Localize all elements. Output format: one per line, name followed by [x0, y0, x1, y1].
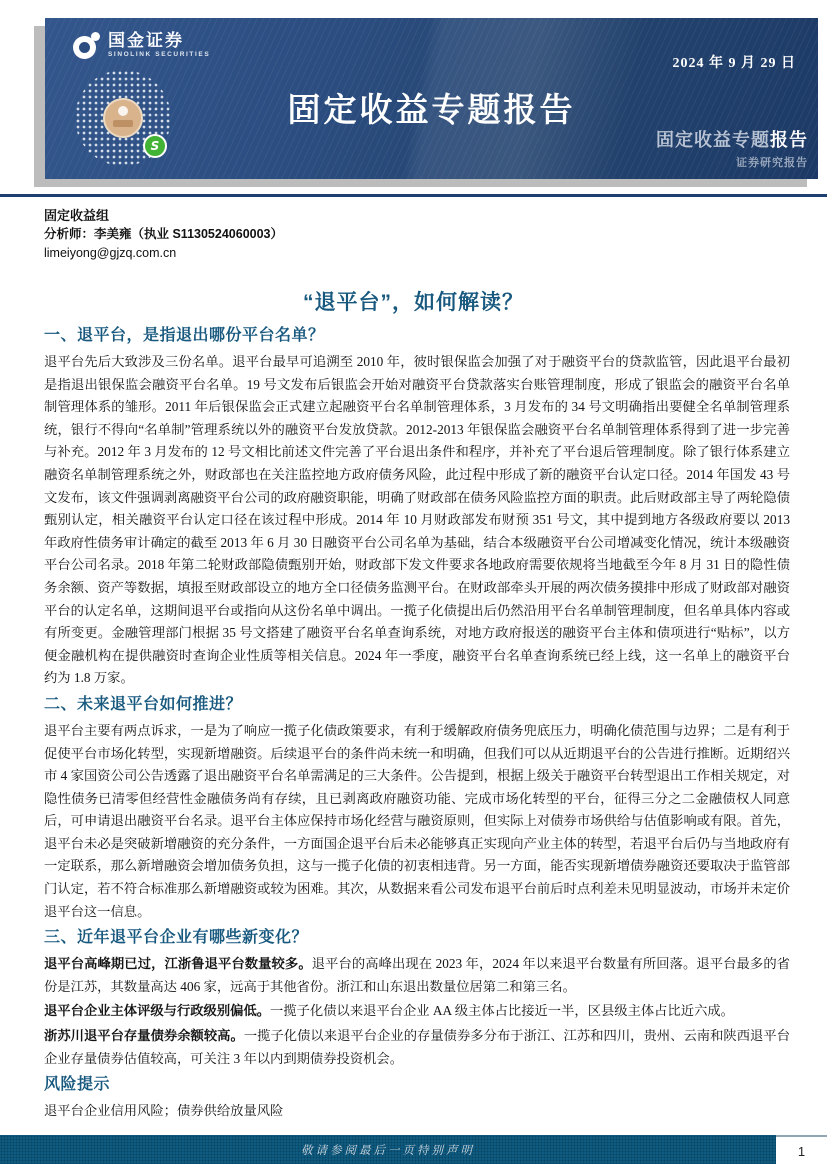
paragraph-lead: 退平台企业主体评级与行政级别偏低。: [44, 1003, 270, 1018]
analyst-name-line: 分析师：李美雍（执业 S1130524060003）: [44, 225, 283, 244]
section-3-paragraph-2: 退平台企业主体评级与行政级别偏低。一揽子化债以来退平台企业 AA 级主体占比接近…: [44, 1000, 790, 1023]
section-3-paragraph-1: 退平台高峰期已过，江浙鲁退平台数量较多。退平台的高峰出现在 2023 年，202…: [44, 953, 790, 998]
analyst-team: 固定收益组: [44, 206, 283, 225]
footer-bar: 敬请参阅最后一页特别声明: [0, 1135, 776, 1164]
paragraph-lead: 浙苏川退平台存量债券余额较高。: [44, 1028, 244, 1043]
logo-dot: [91, 32, 100, 41]
report-type-light: 固定收益专题: [656, 130, 770, 150]
risk-text: 退平台企业信用风险；债券供给放量风险: [44, 1100, 790, 1123]
qr-center-badge: [103, 98, 143, 138]
report-date: 2024 年 9 月 29 日: [673, 52, 797, 72]
section-1-heading: 一、退平台，是指退出哪份平台名单？: [44, 326, 790, 346]
page-number: 1: [776, 1135, 827, 1166]
brand-name-cn: 国金证券: [108, 32, 210, 50]
header-banner: 国金证券 SINOLINK SECURITIES 2024 年 9 月 29 日…: [45, 18, 818, 179]
paragraph-text: 退平台主要有两点诉求，一是为了响应一揽子化债政策要求，有利于缓解政府债务兜底压力…: [44, 723, 790, 919]
header-divider: [0, 194, 827, 197]
paragraph-lead: 退平台高峰期已过，江浙鲁退平台数量较多。: [44, 956, 312, 971]
brand-logo: 国金证券 SINOLINK SECURITIES: [73, 32, 210, 59]
section-3-heading: 三、近年退平台企业有哪些新变化？: [44, 928, 790, 948]
risk-heading: 风险提示: [44, 1075, 790, 1095]
section-1-paragraph: 退平台先后大致涉及三份名单。退平台最早可追溯至 2010 年，彼时银保监会加强了…: [44, 351, 790, 690]
analyst-email: limeiyong@gjzq.com.cn: [44, 244, 283, 263]
section-3-paragraph-3: 浙苏川退平台存量债券余额较高。一揽子化债以来退平台企业的存量债券多分布于浙江、江…: [44, 1025, 790, 1070]
report-type-strong: 报告: [770, 130, 808, 150]
report-body: 一、退平台，是指退出哪份平台名单？ 退平台先后大致涉及三份名单。退平台最早可追溯…: [44, 326, 790, 1125]
qr-code: S: [75, 70, 171, 166]
document-title: “退平台”，如何解读？: [0, 286, 827, 316]
report-type-label: 固定收益专题报告: [656, 126, 808, 152]
footer-disclaimer: 敬请参阅最后一页特别声明: [301, 1142, 475, 1158]
sinolink-logo-icon: [73, 32, 100, 59]
report-category: 证券研究报告: [736, 154, 808, 170]
section-2-paragraph: 退平台主要有两点诉求，一是为了响应一揽子化债政策要求，有利于缓解政府债务兜底压力…: [44, 720, 790, 923]
section-2-heading: 二、未来退平台如何推进？: [44, 695, 790, 715]
paragraph-text: 退平台先后大致涉及三份名单。退平台最早可追溯至 2010 年，彼时银保监会加强了…: [44, 354, 790, 685]
brand-name-en: SINOLINK SECURITIES: [108, 52, 210, 59]
wechat-channels-icon: S: [143, 134, 167, 158]
paragraph-text: 一揽子化债以来退平台企业 AA 级主体占比接近一半，区县级主体占比近六成。: [270, 1003, 734, 1018]
analyst-block: 固定收益组 分析师：李美雍（执业 S1130524060003） limeiyo…: [44, 206, 283, 263]
report-page: 国金证券 SINOLINK SECURITIES 2024 年 9 月 29 日…: [0, 0, 827, 1169]
brand-name: 国金证券 SINOLINK SECURITIES: [108, 32, 210, 59]
